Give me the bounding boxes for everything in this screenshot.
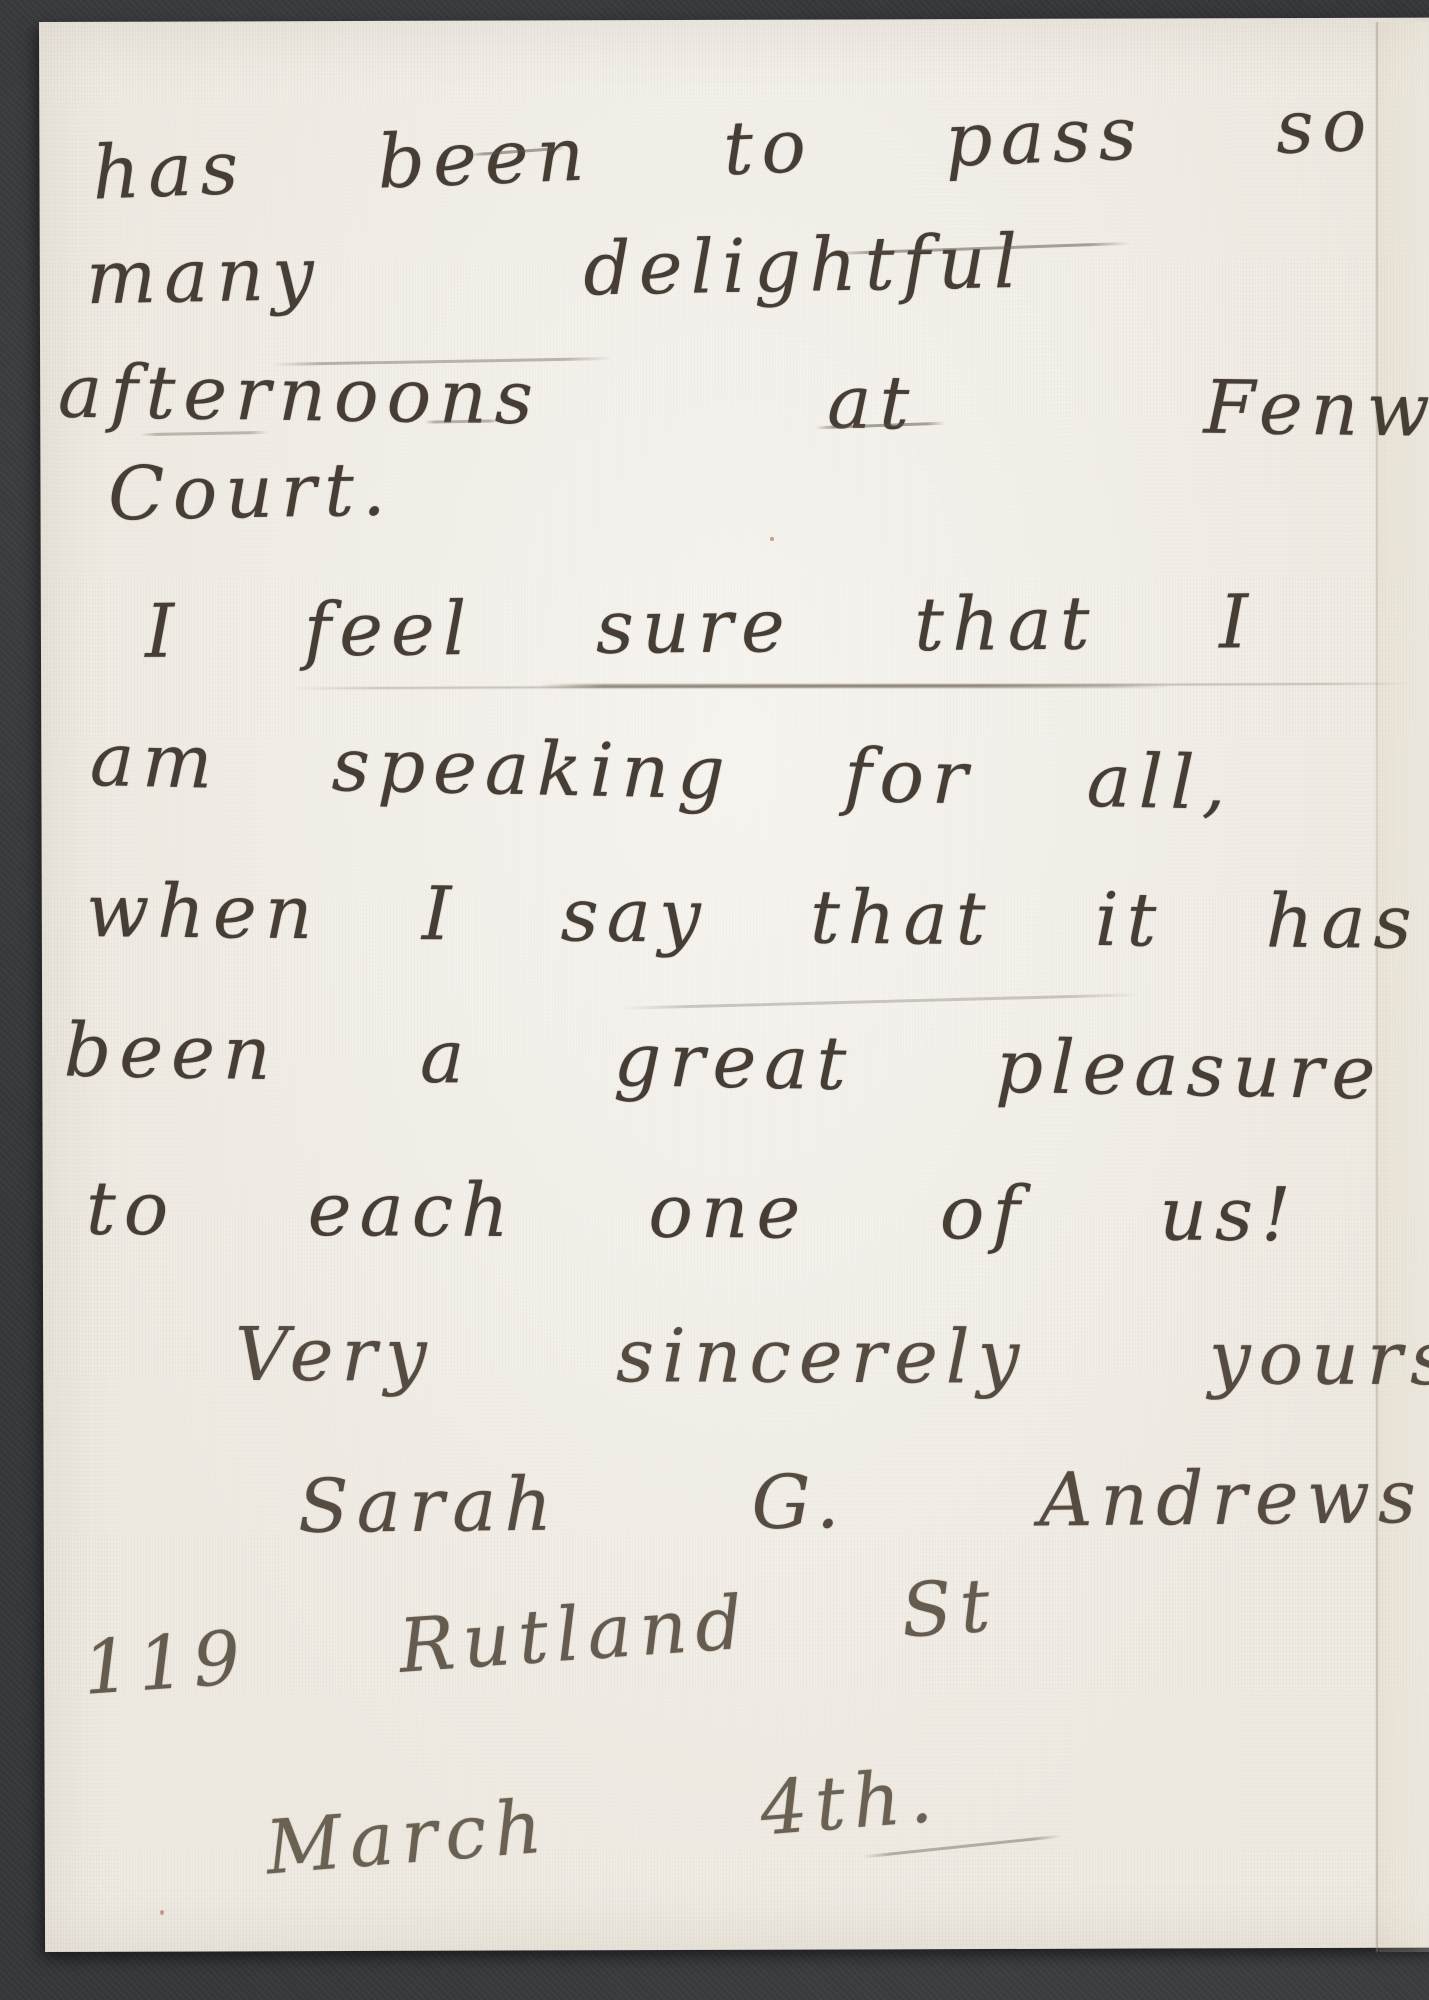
paper-speck [770,537,774,541]
handwriting-line-5: I feel sure that I [145,585,1257,669]
crease-ink-smudge [540,684,1170,688]
handwriting-line-3: afternoons at Fenway [58,355,1429,450]
closing-line: Very sincerely yours [235,1318,1429,1396]
handwriting-line-9: to each one of us! [86,1172,1299,1252]
handwriting-line-7: when I say that it has [86,874,1420,960]
handwriting-line-2: many delightful [85,225,1025,315]
signature-line: Sarah G. Andrews [298,1460,1425,1544]
handwriting-line-8: been a great pleasure [63,1013,1384,1110]
photographed-letter-on-mat: has been to pass so many delightful afte… [0,0,1429,2000]
handwriting-line-6: am speaking for all, [89,723,1234,821]
fold-shading [1379,22,1429,1952]
vertical-fold-crease [1376,22,1378,1952]
paper-speck [160,1910,164,1915]
handwriting-line-4: Court. [107,453,394,532]
